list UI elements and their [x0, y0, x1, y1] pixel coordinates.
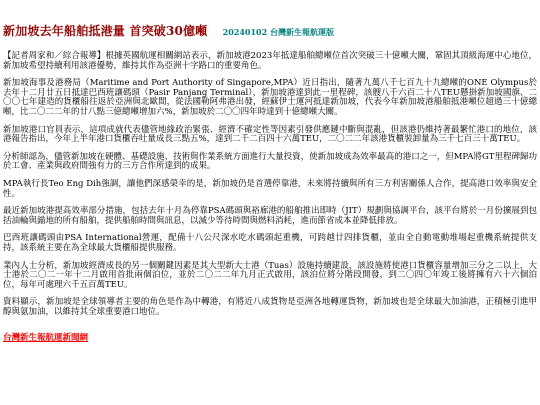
article-paragraph: 分析師認為，儘管新加坡在硬體、基礎設施、技術與作業系統方面進行大量投資，使新加坡… — [3, 153, 537, 172]
article-body: 【記者周家和／綜合報導】根據英國航運相關網站表示，新加坡港2023年抵達船舶總噸… — [3, 52, 537, 317]
article-paragraph: 新加坡港口官員表示，這項成就代表儘管地緣政治緊張、經濟不確定性等因素引發供應鏈中… — [3, 126, 537, 145]
article-title: 新加坡去年船舶抵港量 首突破30億噸 — [3, 24, 207, 38]
article-paragraph: 資料顯示，新加坡是全球領導者主要的角色是作為中轉港，有將近八成貨物是亞洲各地轉運… — [3, 298, 537, 317]
article-paragraph: 最近新加坡港提高效率部分措施，包括去年十月為停靠PSA碼頭與裕廊港的船舶推出即時… — [3, 207, 537, 226]
article-paragraph: 巴西班讓碼頭由PSA International營運，配備十八公尺深水吃水碼頭起… — [3, 234, 537, 253]
footer-news-site-link[interactable]: 台灣新生報航運新聞網 — [3, 331, 88, 343]
article-header: 新加坡去年船舶抵港量 首突破30億噸 20240102 台灣新生報航運版 — [3, 5, 537, 43]
article-paragraph: 【記者周家和／綜合報導】根據英國航運相關網站表示，新加坡港2023年抵達船舶總噸… — [3, 52, 537, 71]
article-dateline: 20240102 台灣新生報航運版 — [223, 27, 334, 37]
article-paragraph: 新加坡海事及港務局（Maritime and Port Authority of… — [3, 79, 537, 117]
news-article-page: 新加坡去年船舶抵港量 首突破30億噸 20240102 台灣新生報航運版 【記者… — [0, 0, 540, 405]
article-paragraph: MPA執行長Teo Eng Dih強調，讓他們深感榮幸的是，新加坡仍是首選停靠港… — [3, 180, 537, 199]
article-paragraph: 業內人士分析，新加坡經濟成長的另一個關鍵因素是其大型新大士港（Tuas）設施持續… — [3, 262, 537, 291]
